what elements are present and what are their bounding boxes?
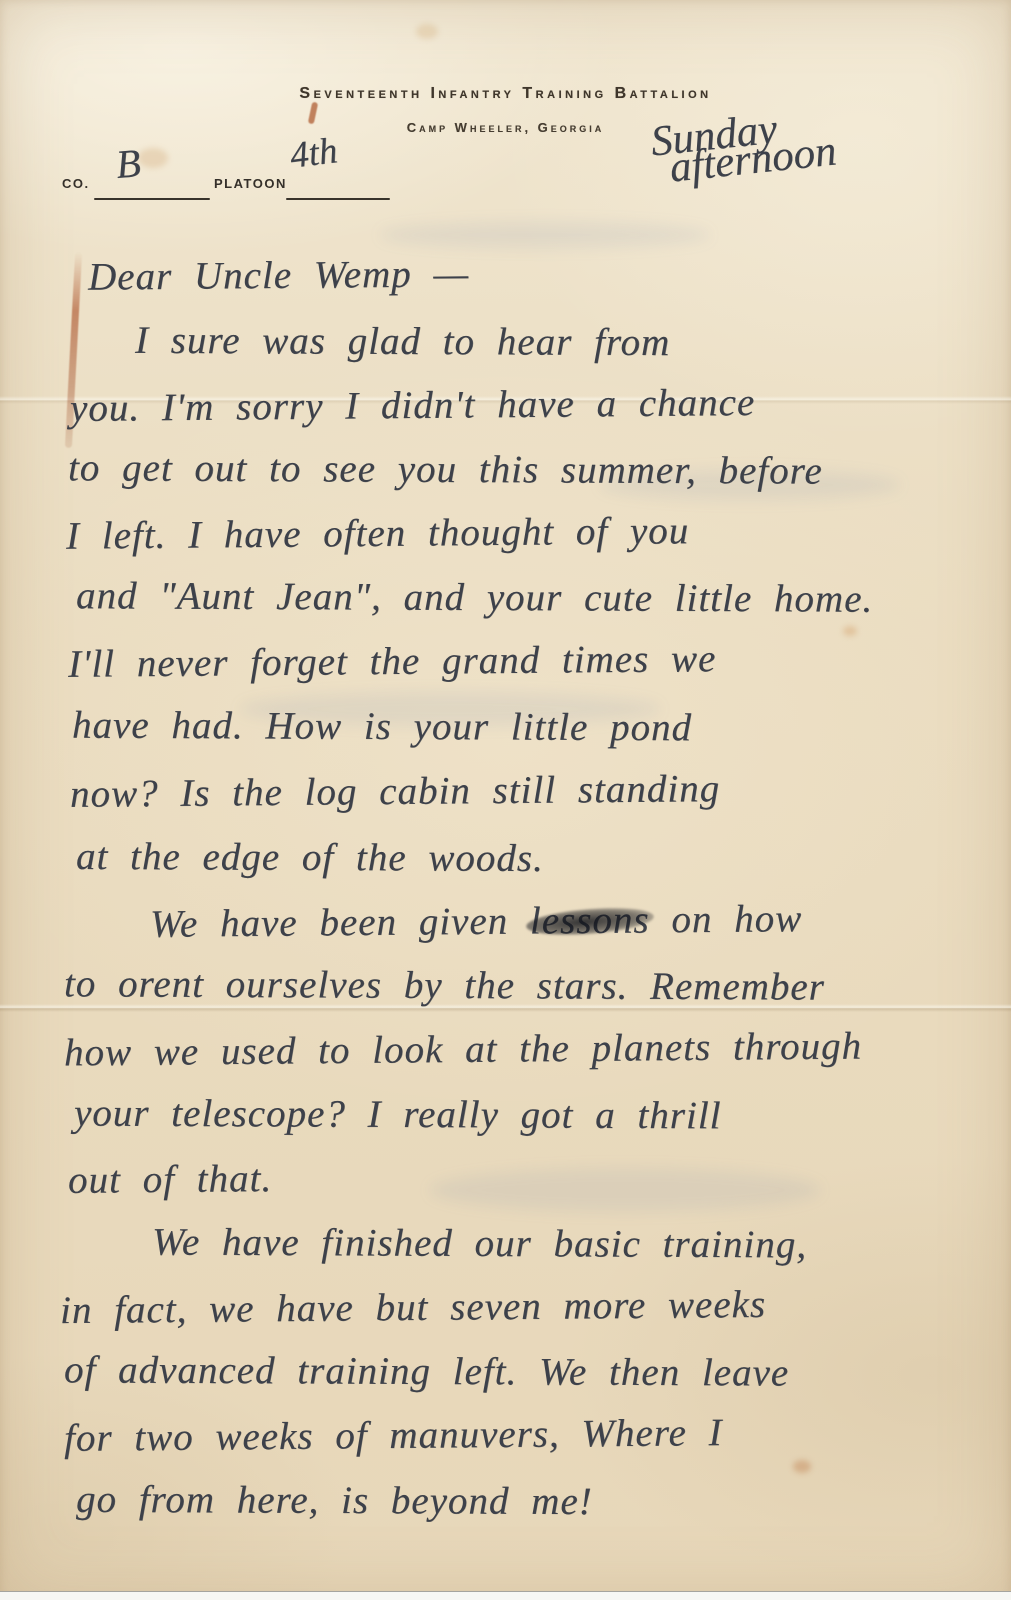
platoon-underline (286, 198, 390, 200)
handwritten-line: I sure was glad to hear from (135, 321, 670, 362)
letterhead-title: Seventeenth Infantry Training Battalion (0, 85, 1011, 103)
handwritten-line: you. I'm sorry I didn't have a chance (70, 383, 756, 428)
handwritten-line: how we used to look at the planets throu… (64, 1027, 862, 1073)
handwritten-line: We have been given lessons on how (150, 899, 802, 944)
scan-edge-strip (0, 1591, 1011, 1600)
handwritten-line: to orent ourselves by the stars. Remembe… (64, 964, 825, 1006)
platoon-value: 4th (288, 129, 340, 177)
handwritten-line: now? Is the log cabin still standing (70, 769, 720, 814)
platoon-label: PLATOON (214, 176, 287, 191)
handwritten-line: have had. How is your little pond (72, 706, 692, 748)
handwritten-line: Dear Uncle Wemp — (88, 254, 469, 296)
letterhead-location: Camp Wheeler, Georgia (0, 120, 1011, 135)
handwritten-line: at the edge of the woods. (76, 837, 544, 878)
stain-spot (793, 1460, 811, 1473)
scribbled-word: lessons (530, 900, 650, 940)
handwritten-line: I'll never forget the grand times we (68, 639, 717, 684)
handwritten-line: out of that. (68, 1159, 272, 1200)
handwritten-line: and "Aunt Jean", and your cute little ho… (76, 576, 873, 618)
dateline-time: afternoon (668, 135, 838, 187)
letter-page: Seventeenth Infantry Training Battalion … (0, 0, 1011, 1600)
co-value: B (114, 139, 142, 188)
bleed-through-mark (380, 222, 710, 248)
stain-spot (843, 626, 857, 636)
stain-spot (138, 148, 168, 168)
handwritten-line: I left. I have often thought of you (66, 511, 690, 555)
handwritten-line: to get out to see you this summer, befor… (68, 448, 823, 490)
salutation: Dear Uncle Wemp — (88, 252, 469, 298)
handwritten-line: in fact, we have but seven more weeks (60, 1285, 766, 1330)
stain-spot (416, 24, 438, 39)
handwritten-line: your telescope? I really got a thrill (74, 1094, 722, 1136)
handwritten-line: We have finished our basic training, (152, 1223, 807, 1265)
dateline: Sunday afternoon (649, 107, 838, 189)
bleed-through-mark (430, 1168, 820, 1212)
handwritten-line: for two weeks of manuvers, Where I (64, 1413, 723, 1458)
handwritten-line: go from here, is beyond me! (76, 1480, 593, 1521)
co-underline (94, 198, 210, 200)
co-label: CO. (62, 176, 90, 191)
handwritten-line: of advanced training left. We then leave (64, 1350, 789, 1392)
